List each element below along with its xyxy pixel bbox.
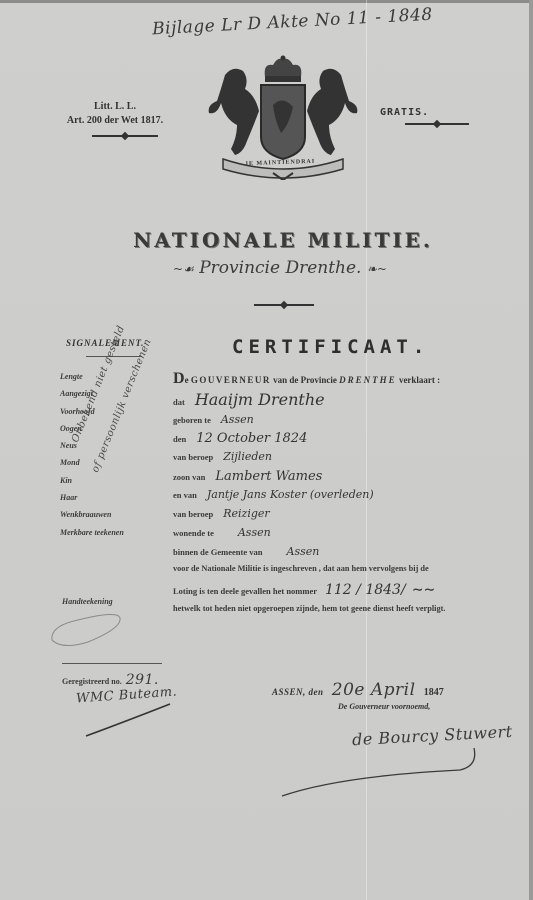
row-wonende-te: wonende teAssen: [173, 526, 271, 539]
registrar-flourish-icon: [84, 700, 174, 740]
certificate-title: CERTIFICAAT.: [232, 336, 429, 358]
handteekening-label: Handteekening: [62, 597, 113, 606]
gratis-label: GRATIS.: [380, 107, 429, 118]
title-ornament: [254, 304, 314, 306]
governor-flourish-icon: [280, 740, 480, 800]
header-left: Litt. L. L. Art. 200 der Wet 1817.: [60, 100, 170, 128]
row-value-name: Haaijm Drenthe: [195, 390, 325, 409]
row-label: wonende te: [173, 528, 214, 538]
row-en-van: en vanJantje Jans Koster (overleden): [173, 488, 374, 501]
row-value-birthplace: Assen: [221, 413, 254, 426]
loting-number: 112 / 1843/: [325, 582, 406, 598]
registration-rule: [62, 663, 162, 664]
row-gemeente: binnen de Gemeente vanAssen: [173, 545, 319, 558]
line-final: hetwelk tot heden niet opgeroepen zijnde…: [173, 604, 523, 613]
province-subtitle: Provincie Drenthe.: [199, 258, 361, 278]
row-value-father: Lambert Wames: [215, 469, 322, 484]
row-label: en van: [173, 490, 197, 500]
row-label: van beroep: [173, 452, 213, 462]
row-value-birthdate: 12 October 1824: [196, 431, 307, 446]
loting-prefix: Loting is ten deele gevallen het nommer: [173, 586, 317, 596]
field-kin: Kin: [60, 472, 124, 489]
document-subtitle: ~☙ Provincie Drenthe. ❧~: [160, 258, 400, 278]
page-top-edge: [0, 0, 533, 3]
row-dat: datHaaijm Drenthe: [173, 390, 325, 409]
dateline: ASSEN, den 20e April 1847: [272, 680, 444, 700]
field-wenkbraauwen: Wenkbraauwen: [60, 506, 124, 523]
loting-flourish: ∼∼: [412, 582, 435, 598]
header-litt: Litt. L. L.: [60, 100, 170, 114]
intro-e: e: [185, 375, 189, 385]
line-militie: voor de Nationale Militie is ingeschreve…: [173, 564, 523, 573]
row-van-beroep-2: van beroepReiziger: [173, 507, 270, 520]
row-value-occupation: Zijlieden: [223, 450, 272, 463]
row-value-parent-occupation: Reiziger: [223, 507, 269, 520]
document-title: NATIONALE MILITIE.: [118, 228, 448, 252]
row-den: den12 October 1824: [173, 431, 307, 446]
registration-label: Geregistreerd no.: [62, 677, 122, 686]
row-label: geboren te: [173, 415, 211, 425]
dateline-place: ASSEN, den: [272, 687, 324, 697]
registration: Geregistreerd no. 291.: [62, 672, 159, 688]
header-article: Art. 200 der Wet 1817.: [60, 114, 170, 128]
intro-mid: van de Provincie: [273, 375, 337, 385]
row-value-mother: Jantje Jans Koster (overleden): [207, 488, 374, 501]
dateline-day-month: 20e April: [332, 680, 416, 700]
signalement-heading: SIGNALEMENT.: [66, 338, 144, 348]
row-zoon-van: zoon vanLambert Wames: [173, 469, 322, 484]
row-geboren-te: geboren teAssen: [173, 413, 254, 426]
archive-annotation: Bijlage Lr D Akte No 11 - 1848: [152, 5, 433, 40]
governor-label: De Gouverneur voornoemd,: [338, 702, 430, 711]
signature-loop-icon: [48, 610, 128, 650]
row-label: van beroep: [173, 509, 213, 519]
document-page: Bijlage Lr D Akte No 11 - 1848 Litt. L. …: [0, 0, 533, 900]
intro-end: verklaart :: [399, 375, 440, 385]
row-value-residence: Assen: [238, 526, 271, 539]
row-value-municipality: Assen: [287, 545, 320, 558]
row-van-beroep: van beroepZijlieden: [173, 450, 272, 463]
intro-dropcap: D: [173, 370, 185, 387]
certificate-intro: De GOUVERNEUR van de Provincie DRENTHE v…: [173, 370, 440, 388]
intro-province: DRENTHE: [339, 375, 397, 385]
page-right-edge: [529, 0, 533, 900]
field-haar: Haar: [60, 489, 124, 506]
row-label: dat: [173, 397, 185, 407]
intro-gouverneur: GOUVERNEUR: [191, 375, 271, 385]
header-right-ornament: [405, 123, 469, 125]
row-label: binnen de Gemeente van: [173, 547, 263, 557]
row-label: den: [173, 434, 186, 444]
dateline-year: 1847: [424, 687, 444, 698]
line-loting: Loting is ten deele gevallen het nommer …: [173, 582, 435, 598]
field-merkbare-teekenen: Merkbare teekenen: [60, 524, 124, 541]
row-label: zoon van: [173, 472, 205, 482]
header-left-ornament: [92, 135, 158, 137]
